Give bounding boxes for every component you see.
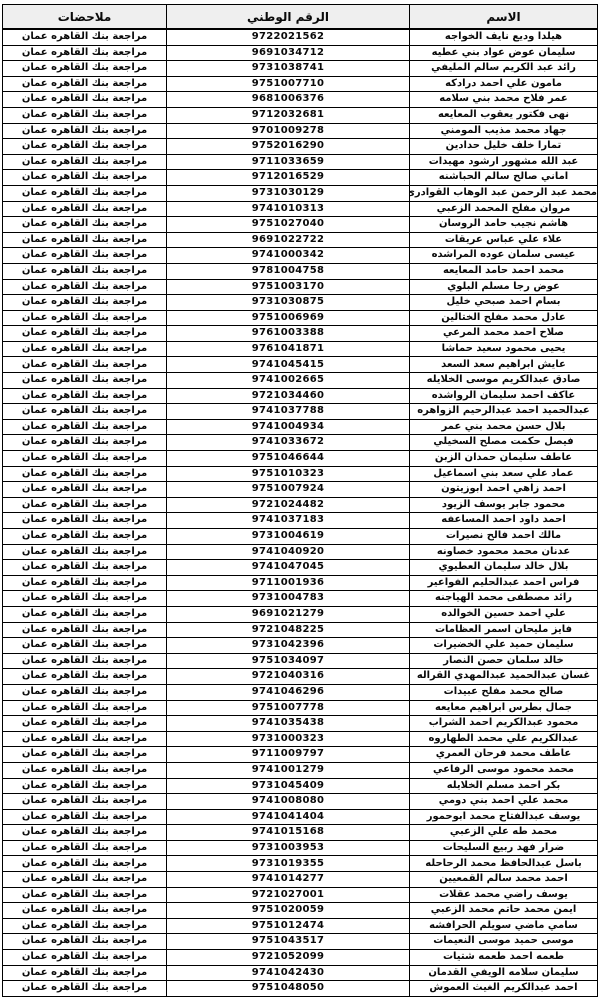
national-id-cell: 9741001279 <box>167 762 410 778</box>
notes-cell: مراجعة بنك القاهره عمان <box>3 965 167 981</box>
table-row: سليمان عوض عواد بني عطيه9691034712مراجعة… <box>3 45 598 61</box>
notes-cell: مراجعة بنك القاهره عمان <box>3 560 167 576</box>
national-id-cell: 9731004619 <box>167 529 410 545</box>
name-cell: عاطف سليمان حمدان الزبن <box>410 451 598 467</box>
notes-cell: مراجعة بنك القاهره عمان <box>3 544 167 560</box>
national-id-cell: 9751006969 <box>167 310 410 326</box>
national-id-cell: 9741042430 <box>167 965 410 981</box>
national-id-cell: 9731030129 <box>167 185 410 201</box>
table-row: عمر فلاح محمد بني سلامه9681006376مراجعة … <box>3 92 598 108</box>
notes-cell: مراجعة بنك القاهره عمان <box>3 747 167 763</box>
national-id-cell: 9731045409 <box>167 778 410 794</box>
name-cell: صالح محمد مفلح عبيدات <box>410 684 598 700</box>
name-cell: اماني صالح سالم الحباشنه <box>410 170 598 186</box>
name-cell: يوسف عبدالفتاح محمد ابوحمور <box>410 809 598 825</box>
name-cell: مروان مفلح المحمد الزعبي <box>410 201 598 217</box>
table-row: بلال حسن محمد بني عمر9741004934مراجعة بن… <box>3 419 598 435</box>
notes-cell: مراجعة بنك القاهره عمان <box>3 170 167 186</box>
header-row: الاسم الرقم الوطني ملاحضات <box>3 5 598 30</box>
notes-cell: مراجعة بنك القاهره عمان <box>3 76 167 92</box>
notes-cell: مراجعة بنك القاهره عمان <box>3 341 167 357</box>
table-row: مروان مفلح المحمد الزعبي9741010313مراجعة… <box>3 201 598 217</box>
table-row: عماد علي سعد بني اسماعيل9751010323مراجعة… <box>3 466 598 482</box>
name-cell: محمود عبدالكريم احمد الشراب <box>410 716 598 732</box>
table-row: خالد سلمان حصن النصار9751034097مراجعة بن… <box>3 653 598 669</box>
notes-cell: مراجعة بنك القاهره عمان <box>3 622 167 638</box>
notes-cell: مراجعة بنك القاهره عمان <box>3 232 167 248</box>
name-cell: سامي ماضي سويلم الحرافشه <box>410 918 598 934</box>
table-row: هاشم نجيب حامد الروسان9751027040مراجعة ب… <box>3 217 598 233</box>
national-id-cell: 9761041871 <box>167 341 410 357</box>
table-row: محمود جابر يوسف الزيود9721024482مراجعة ب… <box>3 497 598 513</box>
national-id-cell: 9741014277 <box>167 872 410 888</box>
name-cell: جهاد محمد مذيب المومني <box>410 123 598 139</box>
national-id-cell: 9711033659 <box>167 154 410 170</box>
table-row: فراس احمد عبدالحليم الفواعير9711001936مر… <box>3 575 598 591</box>
national-id-cell: 9691034712 <box>167 45 410 61</box>
table-row: عيسى سلمان عوده المراشده9741000342مراجعة… <box>3 248 598 264</box>
notes-cell: مراجعة بنك القاهره عمان <box>3 497 167 513</box>
notes-cell: مراجعة بنك القاهره عمان <box>3 529 167 545</box>
table-row: رائد عبد الكريم سالم المليفي9731038741مر… <box>3 61 598 77</box>
table-row: اماني صالح سالم الحباشنه9712016529مراجعة… <box>3 170 598 186</box>
name-cell: عمر فلاح محمد بني سلامه <box>410 92 598 108</box>
national-id-cell: 9731030875 <box>167 295 410 311</box>
national-id-cell: 9731004783 <box>167 591 410 607</box>
notes-cell: مراجعة بنك القاهره عمان <box>3 716 167 732</box>
name-cell: فايز مليحان اسمر العظامات <box>410 622 598 638</box>
notes-cell: مراجعة بنك القاهره عمان <box>3 482 167 498</box>
name-cell: احمد زاهي احمد ابوزيتون <box>410 482 598 498</box>
notes-cell: مراجعة بنك القاهره عمان <box>3 794 167 810</box>
table-row: بلال خالد سليمان العطيوي9741047045مراجعة… <box>3 560 598 576</box>
notes-cell: مراجعة بنك القاهره عمان <box>3 185 167 201</box>
notes-cell: مراجعة بنك القاهره عمان <box>3 856 167 872</box>
name-cell: عبد الله مشهور ارشود مهيدات <box>410 154 598 170</box>
table-row: غسان عبدالحميد عبدالمهدي القراله97210403… <box>3 669 598 685</box>
notes-cell: مراجعة بنك القاهره عمان <box>3 419 167 435</box>
table-row: عدنان محمد محمود خصاونه9741040920مراجعة … <box>3 544 598 560</box>
name-cell: طعمه احمد طعمه شتيات <box>410 950 598 966</box>
name-cell: محمد محمود موسى الرفاعي <box>410 762 598 778</box>
table-row: علي احمد حسين الخوالده9691021279مراجعة ب… <box>3 606 598 622</box>
table-row: صالح محمد مفلح عبيدات9741046296مراجعة بن… <box>3 684 598 700</box>
table-row: محمد علي احمد بني دومي9741008080مراجعة ب… <box>3 794 598 810</box>
name-cell: مامون علي احمد درادكه <box>410 76 598 92</box>
name-cell: سليمان عوض عواد بني عطيه <box>410 45 598 61</box>
national-id-cell: 9691022722 <box>167 232 410 248</box>
table-body: هيلدا وديع نايف الخواجه9722021562مراجعة … <box>3 29 598 996</box>
notes-cell: مراجعة بنك القاهره عمان <box>3 653 167 669</box>
name-cell: صادق عبدالكريم موسى الخلايله <box>410 373 598 389</box>
name-cell: رائد عبد الكريم سالم المليفي <box>410 61 598 77</box>
national-id-cell: 9741047045 <box>167 560 410 576</box>
name-cell: نهى فكتور يعقوب المعايعه <box>410 107 598 123</box>
notes-cell: مراجعة بنك القاهره عمان <box>3 435 167 451</box>
name-cell: هيلدا وديع نايف الخواجه <box>410 29 598 45</box>
table-row: صادق عبدالكريم موسى الخلايله9741002665مر… <box>3 373 598 389</box>
national-id-cell: 9731038741 <box>167 61 410 77</box>
name-cell: عادل محمد مفلح الختالين <box>410 310 598 326</box>
header-cell-notes: ملاحضات <box>3 5 167 30</box>
national-id-cell: 9712032681 <box>167 107 410 123</box>
table-row: يوسف عبدالفتاح محمد ابوحمور9741041404مرا… <box>3 809 598 825</box>
name-cell: احمد عبدالكريم الغيث العموش <box>410 981 598 997</box>
notes-cell: مراجعة بنك القاهره عمان <box>3 840 167 856</box>
name-cell: عبدالكريم علي محمد الطهاروه <box>410 731 598 747</box>
header-cell-name: الاسم <box>410 5 598 30</box>
notes-cell: مراجعة بنك القاهره عمان <box>3 700 167 716</box>
name-cell: يوسف راضي محمد عقلات <box>410 887 598 903</box>
notes-cell: مراجعة بنك القاهره عمان <box>3 388 167 404</box>
table-row: بكر احمد مسلم الخلايله9731045409مراجعة ب… <box>3 778 598 794</box>
table-row: علاء علي عباس عريقات9691022722مراجعة بنك… <box>3 232 598 248</box>
notes-cell: مراجعة بنك القاهره عمان <box>3 918 167 934</box>
notes-cell: مراجعة بنك القاهره عمان <box>3 107 167 123</box>
name-cell: سليمان حميد علي الخضيرات <box>410 638 598 654</box>
name-cell: يحيى محمود سعيد حماشا <box>410 341 598 357</box>
name-cell: محمود جابر يوسف الزيود <box>410 497 598 513</box>
table-row: صلاح احمد محمد المرعي9761003388مراجعة بن… <box>3 326 598 342</box>
national-id-cell: 9741010313 <box>167 201 410 217</box>
table-row: طعمه احمد طعمه شتيات9721052099مراجعة بنك… <box>3 950 598 966</box>
national-id-cell: 9751012474 <box>167 918 410 934</box>
national-id-cell: 9731003953 <box>167 840 410 856</box>
national-id-cell: 9741002665 <box>167 373 410 389</box>
table-row: عبدالكريم علي محمد الطهاروه9731000323مرا… <box>3 731 598 747</box>
national-id-cell: 9712016529 <box>167 170 410 186</box>
name-cell: جمال بطرس ابراهيم معايعه <box>410 700 598 716</box>
table-row: مامون علي احمد درادكه9751007710مراجعة بن… <box>3 76 598 92</box>
name-cell: محمد احمد حامد المعايعه <box>410 263 598 279</box>
national-id-cell: 9741045415 <box>167 357 410 373</box>
name-cell: رائد مصطفى محمد الهياجنه <box>410 591 598 607</box>
notes-cell: مراجعة بنك القاهره عمان <box>3 45 167 61</box>
notes-cell: مراجعة بنك القاهره عمان <box>3 295 167 311</box>
header-cell-national-id: الرقم الوطني <box>167 5 410 30</box>
notes-cell: مراجعة بنك القاهره عمان <box>3 950 167 966</box>
notes-cell: مراجعة بنك القاهره عمان <box>3 903 167 919</box>
notes-cell: مراجعة بنك القاهره عمان <box>3 92 167 108</box>
name-cell: محمد علي احمد بني دومي <box>410 794 598 810</box>
notes-cell: مراجعة بنك القاهره عمان <box>3 310 167 326</box>
name-cell: محمد طه علي الزعبي <box>410 825 598 841</box>
table-row: عادل محمد مفلح الختالين9751006969مراجعة … <box>3 310 598 326</box>
name-cell: ضرار فهد ربيع السليحات <box>410 840 598 856</box>
table-row: مالك احمد فالح نصيرات9731004619مراجعة بن… <box>3 529 598 545</box>
notes-cell: مراجعة بنك القاهره عمان <box>3 61 167 77</box>
national-id-cell: 9751048050 <box>167 981 410 997</box>
name-cell: علاء علي عباس عريقات <box>410 232 598 248</box>
national-id-cell: 9741035438 <box>167 716 410 732</box>
name-cell: صلاح احمد محمد المرعي <box>410 326 598 342</box>
table-row: يحيى محمود سعيد حماشا9761041871مراجعة بن… <box>3 341 598 357</box>
national-id-cell: 9741037788 <box>167 404 410 420</box>
notes-cell: مراجعة بنك القاهره عمان <box>3 248 167 264</box>
national-id-cell: 9751034097 <box>167 653 410 669</box>
national-id-cell: 9751007778 <box>167 700 410 716</box>
name-cell: عدنان محمد محمود خصاونه <box>410 544 598 560</box>
name-cell: بكر احمد مسلم الخلايله <box>410 778 598 794</box>
name-cell: بلال حسن محمد بني عمر <box>410 419 598 435</box>
national-id-cell: 9751046644 <box>167 451 410 467</box>
table-row: عبد الله مشهور ارشود مهيدات9711033659مرا… <box>3 154 598 170</box>
notes-cell: مراجعة بنك القاهره عمان <box>3 778 167 794</box>
table-row: محمد طه علي الزعبي9741015168مراجعة بنك ا… <box>3 825 598 841</box>
notes-cell: مراجعة بنك القاهره عمان <box>3 326 167 342</box>
notes-cell: مراجعة بنك القاهره عمان <box>3 591 167 607</box>
national-id-cell: 9741041404 <box>167 809 410 825</box>
notes-cell: مراجعة بنك القاهره عمان <box>3 29 167 45</box>
name-cell: عماد علي سعد بني اسماعيل <box>410 466 598 482</box>
table-row: عايش ابراهيم سعد السعد9741045415مراجعة ب… <box>3 357 598 373</box>
national-id-cell: 9751020059 <box>167 903 410 919</box>
table-row: موسى حميد موسى النعيمات9751043517مراجعة … <box>3 934 598 950</box>
national-id-cell: 9721052099 <box>167 950 410 966</box>
national-id-cell: 9681006376 <box>167 92 410 108</box>
name-cell: سليمان سلامه الويفي القدمان <box>410 965 598 981</box>
national-id-cell: 9741040920 <box>167 544 410 560</box>
notes-cell: مراجعة بنك القاهره عمان <box>3 606 167 622</box>
table-row: نهى فكتور يعقوب المعايعه9712032681مراجعة… <box>3 107 598 123</box>
notes-cell: مراجعة بنك القاهره عمان <box>3 872 167 888</box>
national-id-cell: 9751010323 <box>167 466 410 482</box>
notes-cell: مراجعة بنك القاهره عمان <box>3 934 167 950</box>
national-id-cell: 9731042396 <box>167 638 410 654</box>
notes-cell: مراجعة بنك القاهره عمان <box>3 404 167 420</box>
table-row: ضرار فهد ربيع السليحات9731003953مراجعة ب… <box>3 840 598 856</box>
table-row: جهاد محمد مذيب المومني9701009278مراجعة ب… <box>3 123 598 139</box>
notes-cell: مراجعة بنك القاهره عمان <box>3 139 167 155</box>
table-row: سليمان حميد علي الخضيرات9731042396مراجعة… <box>3 638 598 654</box>
name-cell: عايش ابراهيم سعد السعد <box>410 357 598 373</box>
table-row: محمد عبد الرحمن عبد الوهاب القوادرى97310… <box>3 185 598 201</box>
table-row: باسل عبدالحافظ محمد الرحاحله9731019355مر… <box>3 856 598 872</box>
notes-cell: مراجعة بنك القاهره عمان <box>3 373 167 389</box>
name-cell: فراس احمد عبدالحليم الفواعير <box>410 575 598 591</box>
national-id-cell: 9741008080 <box>167 794 410 810</box>
name-cell: احمد داود احمد المساعفه <box>410 513 598 529</box>
table-row: عاطف محمد فرحان العمري9711009797مراجعة ب… <box>3 747 598 763</box>
name-cell: بلال خالد سليمان العطيوي <box>410 560 598 576</box>
notes-cell: مراجعة بنك القاهره عمان <box>3 575 167 591</box>
national-id-cell: 9731019355 <box>167 856 410 872</box>
name-cell: هاشم نجيب حامد الروسان <box>410 217 598 233</box>
national-id-cell: 9741015168 <box>167 825 410 841</box>
notes-cell: مراجعة بنك القاهره عمان <box>3 201 167 217</box>
records-table: الاسم الرقم الوطني ملاحضات هيلدا وديع نا… <box>2 4 598 997</box>
table-row: عوض رجا مسلم البلوي9751003170مراجعة بنك … <box>3 279 598 295</box>
table-row: بسام احمد صبحي خليل9731030875مراجعة بنك … <box>3 295 598 311</box>
notes-cell: مراجعة بنك القاهره عمان <box>3 731 167 747</box>
notes-cell: مراجعة بنك القاهره عمان <box>3 217 167 233</box>
national-id-cell: 9721040316 <box>167 669 410 685</box>
table-row: تمارا خلف خليل حدادين9752016290مراجعة بن… <box>3 139 598 155</box>
notes-cell: مراجعة بنك القاهره عمان <box>3 279 167 295</box>
national-id-cell: 9741000342 <box>167 248 410 264</box>
notes-cell: مراجعة بنك القاهره عمان <box>3 825 167 841</box>
name-cell: عاكف احمد سليمان الرواشده <box>410 388 598 404</box>
name-cell: مالك احمد فالح نصيرات <box>410 529 598 545</box>
name-cell: باسل عبدالحافظ محمد الرحاحله <box>410 856 598 872</box>
name-cell: محمد عبد الرحمن عبد الوهاب القوادرى <box>410 185 598 201</box>
national-id-cell: 9701009278 <box>167 123 410 139</box>
notes-cell: مراجعة بنك القاهره عمان <box>3 263 167 279</box>
name-cell: احمد محمد سالم القمعيين <box>410 872 598 888</box>
table-row: عبدالحميد احمد عبدالرحيم الزواهره9741037… <box>3 404 598 420</box>
national-id-cell: 9721027001 <box>167 887 410 903</box>
table-row: محمد محمود موسى الرفاعي9741001279مراجعة … <box>3 762 598 778</box>
name-cell: بسام احمد صبحي خليل <box>410 295 598 311</box>
name-cell: علي احمد حسين الخوالده <box>410 606 598 622</box>
table-row: محمد احمد حامد المعايعه9781004758مراجعة … <box>3 263 598 279</box>
notes-cell: مراجعة بنك القاهره عمان <box>3 513 167 529</box>
national-id-cell: 9781004758 <box>167 263 410 279</box>
notes-cell: مراجعة بنك القاهره عمان <box>3 669 167 685</box>
name-cell: عيسى سلمان عوده المراشده <box>410 248 598 264</box>
name-cell: عوض رجا مسلم البلوي <box>410 279 598 295</box>
table-row: احمد داود احمد المساعفه9741037183مراجعة … <box>3 513 598 529</box>
notes-cell: مراجعة بنك القاهره عمان <box>3 357 167 373</box>
national-id-cell: 9731000323 <box>167 731 410 747</box>
notes-cell: مراجعة بنك القاهره عمان <box>3 466 167 482</box>
table-row: احمد زاهي احمد ابوزيتون9751007924مراجعة … <box>3 482 598 498</box>
notes-cell: مراجعة بنك القاهره عمان <box>3 809 167 825</box>
table-row: ايمن محمد حاتم محمد الزعبي9751020059مراج… <box>3 903 598 919</box>
name-cell: خالد سلمان حصن النصار <box>410 653 598 669</box>
notes-cell: مراجعة بنك القاهره عمان <box>3 684 167 700</box>
national-id-cell: 9751003170 <box>167 279 410 295</box>
table-row: محمود عبدالكريم احمد الشراب9741035438مرا… <box>3 716 598 732</box>
national-id-cell: 9752016290 <box>167 139 410 155</box>
national-id-cell: 9751007924 <box>167 482 410 498</box>
table-row: فيصل حكمت مصلح السخيلي9741033672مراجعة ب… <box>3 435 598 451</box>
national-id-cell: 9711009797 <box>167 747 410 763</box>
notes-cell: مراجعة بنك القاهره عمان <box>3 981 167 997</box>
table-row: جمال بطرس ابراهيم معايعه9751007778مراجعة… <box>3 700 598 716</box>
national-id-cell: 9751027040 <box>167 217 410 233</box>
table-row: سليمان سلامه الويفي القدمان9741042430مرا… <box>3 965 598 981</box>
notes-cell: مراجعة بنك القاهره عمان <box>3 123 167 139</box>
national-id-cell: 9711001936 <box>167 575 410 591</box>
table-row: احمد محمد سالم القمعيين9741014277مراجعة … <box>3 872 598 888</box>
notes-cell: مراجعة بنك القاهره عمان <box>3 451 167 467</box>
name-cell: تمارا خلف خليل حدادين <box>410 139 598 155</box>
national-id-cell: 9741037183 <box>167 513 410 529</box>
table-row: عاطف سليمان حمدان الزبن9751046644مراجعة … <box>3 451 598 467</box>
name-cell: غسان عبدالحميد عبدالمهدي القراله <box>410 669 598 685</box>
name-cell: فيصل حكمت مصلح السخيلي <box>410 435 598 451</box>
name-cell: عاطف محمد فرحان العمري <box>410 747 598 763</box>
notes-cell: مراجعة بنك القاهره عمان <box>3 154 167 170</box>
notes-cell: مراجعة بنك القاهره عمان <box>3 762 167 778</box>
name-cell: عبدالحميد احمد عبدالرحيم الزواهره <box>410 404 598 420</box>
national-id-cell: 9751007710 <box>167 76 410 92</box>
national-id-cell: 9691021279 <box>167 606 410 622</box>
name-cell: ايمن محمد حاتم محمد الزعبي <box>410 903 598 919</box>
national-id-cell: 9721024482 <box>167 497 410 513</box>
national-id-cell: 9741033672 <box>167 435 410 451</box>
table-row: يوسف راضي محمد عقلات9721027001مراجعة بنك… <box>3 887 598 903</box>
national-id-cell: 9761003388 <box>167 326 410 342</box>
national-id-cell: 9721048225 <box>167 622 410 638</box>
national-id-cell: 9751043517 <box>167 934 410 950</box>
table-row: سامي ماضي سويلم الحرافشه9751012474مراجعة… <box>3 918 598 934</box>
national-id-cell: 9721034460 <box>167 388 410 404</box>
notes-cell: مراجعة بنك القاهره عمان <box>3 638 167 654</box>
notes-cell: مراجعة بنك القاهره عمان <box>3 887 167 903</box>
table-row: عاكف احمد سليمان الرواشده9721034460مراجع… <box>3 388 598 404</box>
table-row: هيلدا وديع نايف الخواجه9722021562مراجعة … <box>3 29 598 45</box>
table-row: رائد مصطفى محمد الهياجنه9731004783مراجعة… <box>3 591 598 607</box>
national-id-cell: 9722021562 <box>167 29 410 45</box>
table-row: احمد عبدالكريم الغيث العموش9751048050مرا… <box>3 981 598 997</box>
name-cell: موسى حميد موسى النعيمات <box>410 934 598 950</box>
national-id-cell: 9741046296 <box>167 684 410 700</box>
document-page: الاسم الرقم الوطني ملاحضات هيلدا وديع نا… <box>0 0 600 1005</box>
table-row: فايز مليحان اسمر العظامات9721048225مراجع… <box>3 622 598 638</box>
table-header: الاسم الرقم الوطني ملاحضات <box>3 5 598 30</box>
national-id-cell: 9741004934 <box>167 419 410 435</box>
